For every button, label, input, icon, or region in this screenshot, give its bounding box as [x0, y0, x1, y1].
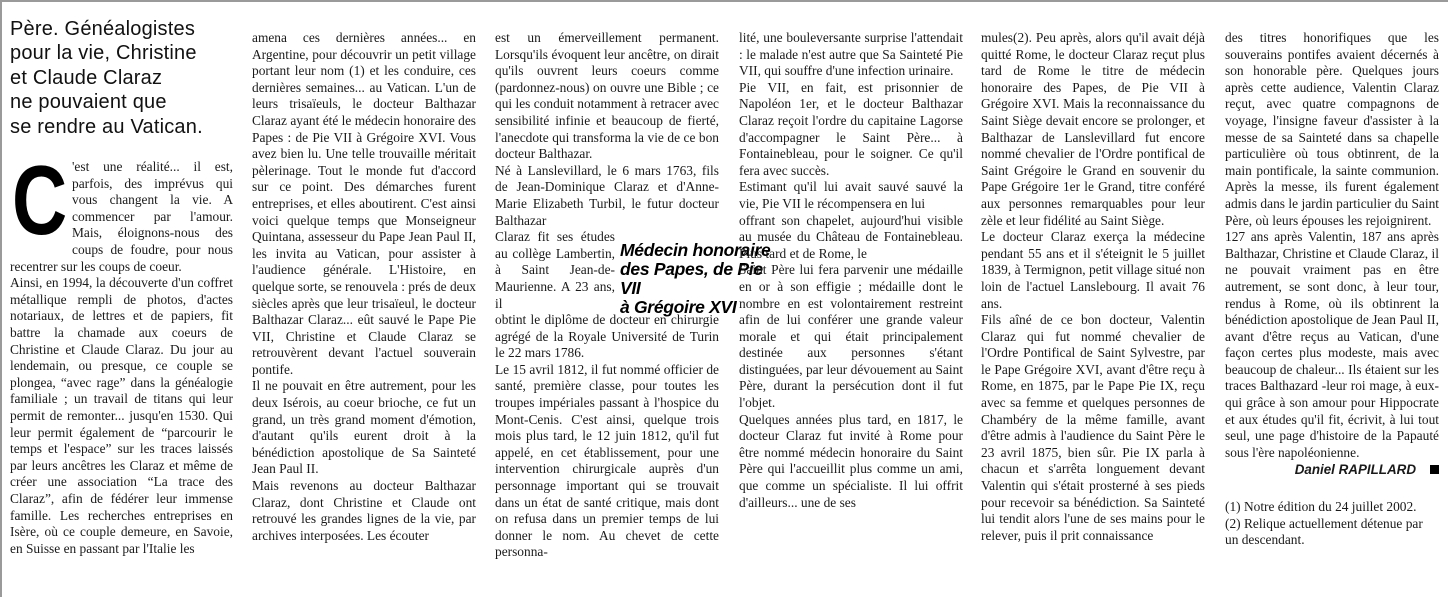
- paragraph: mules(2). Peu après, alors qu'il avait d…: [981, 30, 1205, 229]
- paragraph: Estimant qu'il lui avait sauvé sauvé la …: [739, 179, 963, 212]
- paragraph: Pie VII, en fait, est prisonnier de Napo…: [739, 80, 963, 180]
- article-column-1: Père. Généalogistes pour la vie, Christi…: [10, 0, 233, 557]
- paragraph: Saint Père lui fera parvenir une médaill…: [739, 262, 963, 411]
- paragraph: Il ne pouvait en être autrement, pour le…: [252, 378, 476, 478]
- paragraph: Le 15 avril 1812, il fut nommé officier …: [495, 362, 719, 561]
- author-signature: Daniel RAPILLARD: [1225, 462, 1439, 479]
- paragraph: Ainsi, en 1994, la découverte d'un coffr…: [10, 275, 233, 557]
- kicker-line: se rendre au Vatican.: [10, 115, 233, 139]
- left-border-rule: [0, 0, 2, 597]
- footnotes: (1) Notre édition du 24 juillet 2002. (2…: [1225, 499, 1439, 549]
- paragraph: Quelques années plus tard, en 1817, le d…: [739, 412, 963, 512]
- paragraph: Fils aîné de ce bon docteur, Valentin Cl…: [981, 312, 1205, 544]
- drop-cap: C: [12, 162, 53, 242]
- article-column-5: mules(2). Peu après, alors qu'il avait d…: [981, 30, 1205, 544]
- paragraph: est un émerveillement permanent. Lorsqu'…: [495, 30, 719, 163]
- paragraph: amena ces dernières années... en Argenti…: [252, 30, 476, 378]
- article-column-2: amena ces dernières années... en Argenti…: [252, 30, 476, 544]
- article-column-4: lité, une bouleversante surprise l'atten…: [739, 30, 963, 511]
- article-kicker: Père. Généalogistes pour la vie, Christi…: [10, 17, 233, 139]
- paragraph-narrow: Claraz fit ses études au collège Lambert…: [495, 229, 615, 312]
- paragraph: obtint le diplôme de docteur en chirurgi…: [495, 312, 719, 362]
- article-column-6: des titres honorifiques que les souverai…: [1225, 30, 1439, 549]
- kicker-line: et Claude Claraz: [10, 66, 233, 90]
- author-name: Daniel RAPILLARD: [1295, 462, 1416, 477]
- paragraph: Mais revenons au docteur Balthazar Clara…: [252, 478, 476, 544]
- paragraph: Né à Lanslevillard, le 6 mars 1763, fils…: [495, 163, 719, 229]
- kicker-line: pour la vie, Christine: [10, 41, 233, 65]
- paragraph-narrow: offrant son chapelet, aujourd'hui visibl…: [739, 213, 963, 263]
- footnote: (2) Relique actuellement détenue par un …: [1225, 516, 1439, 549]
- kicker-line: ne pouvaient que: [10, 90, 233, 114]
- end-mark-square-icon: [1430, 465, 1439, 474]
- footnote: (1) Notre édition du 24 juillet 2002.: [1225, 499, 1439, 516]
- paragraph: Le docteur Claraz exerça la médecine pen…: [981, 229, 1205, 312]
- kicker-line: Père. Généalogistes: [10, 17, 233, 41]
- paragraph: des titres honorifiques que les souverai…: [1225, 30, 1439, 229]
- paragraph: 127 ans après Valentin, 187 ans après Ba…: [1225, 229, 1439, 461]
- paragraph: lité, une bouleversante surprise l'atten…: [739, 30, 963, 80]
